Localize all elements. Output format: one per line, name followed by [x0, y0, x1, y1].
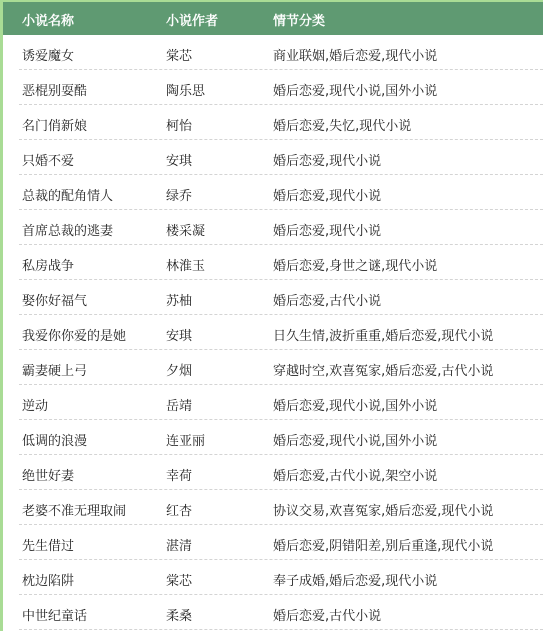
table-row: 老婆不准无理取闹红杏协议交易,欢喜冤家,婚后恋爱,现代小说 [19, 490, 543, 525]
novel-author: 棠芯 [166, 45, 192, 64]
novel-title: 名门俏新娘 [22, 115, 87, 134]
novel-author: 幸荷 [166, 465, 192, 484]
novel-title: 枕边陷阱 [22, 570, 74, 589]
novel-title: 绝世好妻 [22, 465, 74, 484]
novel-tags: 婚后恋爱,现代小说,国外小说 [273, 80, 437, 99]
table-row: 恶棍别耍酷陶乐思婚后恋爱,现代小说,国外小说 [19, 70, 543, 105]
novel-tags: 婚后恋爱,身世之谜,现代小说 [273, 255, 437, 274]
header-title: 小说名称 [22, 10, 74, 29]
novel-tags: 婚后恋爱,失忆,现代小说 [273, 115, 411, 134]
table-row: 娶你好福气苏柚婚后恋爱,古代小说 [19, 280, 543, 315]
novel-title: 只婚不爱 [22, 150, 74, 169]
novel-tags: 穿越时空,欢喜冤家,婚后恋爱,古代小说 [273, 360, 493, 379]
novel-title: 先生借过 [22, 535, 74, 554]
novel-title: 诱爱魔女 [22, 45, 74, 64]
novel-author: 湛清 [166, 535, 192, 554]
table-row: 总裁的配角情人绿乔婚后恋爱,现代小说 [19, 175, 543, 210]
table-row: 只婚不爱安琪婚后恋爱,现代小说 [19, 140, 543, 175]
novel-tags: 婚后恋爱,阴错阳差,别后重逢,现代小说 [273, 535, 493, 554]
table-row: 我爱你你爱的是她安琪日久生情,波折重重,婚后恋爱,现代小说 [19, 315, 543, 350]
novel-author: 安琪 [166, 325, 192, 344]
novel-author: 柔桑 [166, 605, 192, 624]
table-header: 小说名称 小说作者 情节分类 [3, 2, 543, 35]
header-author: 小说作者 [166, 10, 218, 29]
novel-author: 绿乔 [166, 185, 192, 204]
novel-author: 林淮玉 [166, 255, 205, 274]
novel-author: 夕烟 [166, 360, 192, 379]
novel-tags: 婚后恋爱,现代小说 [273, 150, 381, 169]
novel-tags: 婚后恋爱,古代小说 [273, 290, 381, 309]
table-body: 诱爱魔女棠芯商业联姻,婚后恋爱,现代小说 恶棍别耍酷陶乐思婚后恋爱,现代小说,国… [3, 35, 543, 630]
novel-title: 娶你好福气 [22, 290, 87, 309]
table-row: 绝世好妻幸荷婚后恋爱,古代小说,架空小说 [19, 455, 543, 490]
novel-author: 陶乐思 [166, 80, 205, 99]
table-row: 先生借过湛清婚后恋爱,阴错阳差,别后重逢,现代小说 [19, 525, 543, 560]
table-row: 霸妻硬上弓夕烟穿越时空,欢喜冤家,婚后恋爱,古代小说 [19, 350, 543, 385]
table-row: 中世纪童话柔桑婚后恋爱,古代小说 [19, 595, 543, 630]
table-row: 低调的浪漫连亚丽婚后恋爱,现代小说,国外小说 [19, 420, 543, 455]
novel-title: 逆动 [22, 395, 48, 414]
novel-tags: 日久生情,波折重重,婚后恋爱,现代小说 [273, 325, 493, 344]
novel-tags: 婚后恋爱,古代小说,架空小说 [273, 465, 437, 484]
novel-tags: 商业联姻,婚后恋爱,现代小说 [273, 45, 437, 64]
novel-title: 中世纪童话 [22, 605, 87, 624]
table-row: 诱爱魔女棠芯商业联姻,婚后恋爱,现代小说 [19, 35, 543, 70]
header-tags: 情节分类 [273, 10, 325, 29]
novel-title: 老婆不准无理取闹 [22, 500, 126, 519]
novel-title: 低调的浪漫 [22, 430, 87, 449]
table-row: 名门俏新娘柯怡婚后恋爱,失忆,现代小说 [19, 105, 543, 140]
novel-tags: 婚后恋爱,现代小说,国外小说 [273, 395, 437, 414]
novel-tags: 婚后恋爱,现代小说 [273, 220, 381, 239]
novel-author: 安琪 [166, 150, 192, 169]
table-row: 私房战争林淮玉婚后恋爱,身世之谜,现代小说 [19, 245, 543, 280]
novel-title: 首席总裁的逃妻 [22, 220, 113, 239]
table-row: 逆动岳靖婚后恋爱,现代小说,国外小说 [19, 385, 543, 420]
novel-title: 我爱你你爱的是她 [22, 325, 126, 344]
novel-title: 霸妻硬上弓 [22, 360, 87, 379]
novel-author: 岳靖 [166, 395, 192, 414]
novel-author: 红杏 [166, 500, 192, 519]
novel-title: 总裁的配角情人 [22, 185, 113, 204]
novel-author: 楼采凝 [166, 220, 205, 239]
novel-title: 恶棍别耍酷 [22, 80, 87, 99]
novel-tags: 婚后恋爱,现代小说,国外小说 [273, 430, 437, 449]
novel-author: 柯怡 [166, 115, 192, 134]
novel-author: 连亚丽 [166, 430, 205, 449]
novel-title: 私房战争 [22, 255, 74, 274]
novel-tags: 婚后恋爱,古代小说 [273, 605, 381, 624]
novel-table: 小说名称 小说作者 情节分类 诱爱魔女棠芯商业联姻,婚后恋爱,现代小说 恶棍别耍… [0, 0, 543, 631]
novel-tags: 婚后恋爱,现代小说 [273, 185, 381, 204]
novel-tags: 协议交易,欢喜冤家,婚后恋爱,现代小说 [273, 500, 493, 519]
novel-author: 苏柚 [166, 290, 192, 309]
novel-tags: 奉子成婚,婚后恋爱,现代小说 [273, 570, 437, 589]
novel-author: 棠芯 [166, 570, 192, 589]
table-row: 枕边陷阱棠芯奉子成婚,婚后恋爱,现代小说 [19, 560, 543, 595]
table-row: 首席总裁的逃妻楼采凝婚后恋爱,现代小说 [19, 210, 543, 245]
